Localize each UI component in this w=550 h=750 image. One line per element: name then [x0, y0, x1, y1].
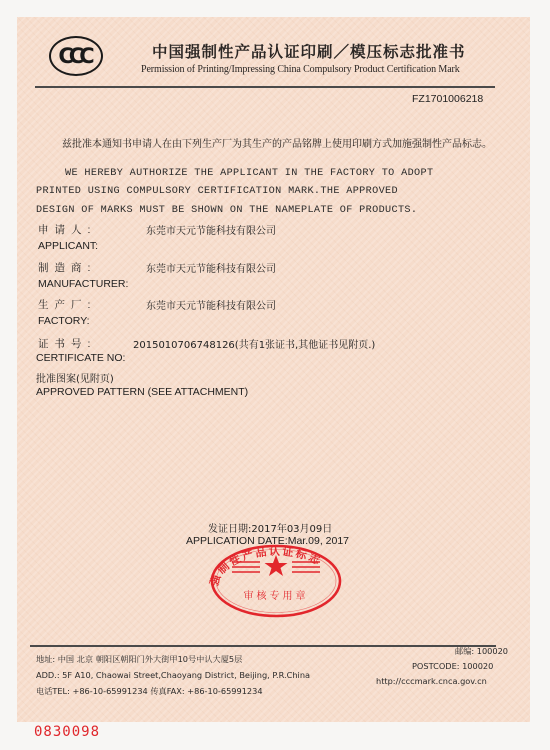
applicant-label-en: APPLICANT:	[38, 240, 98, 252]
postcode-cn: 邮编: 100020	[455, 646, 508, 657]
certificate-value: 2015010706748126(共有1张证书,其他证书见附页.)	[133, 336, 375, 351]
approved-pattern-cn: 批准图案(见附页)	[36, 370, 114, 385]
factory-value: 东莞市天元节能科技有限公司	[146, 297, 276, 312]
intro-chinese: 兹批准本通知书申请人在由下列生产厂为其生产的产品铭牌上使用印刷方式加施强制性产品…	[36, 136, 496, 154]
document-number: FZ1701006218	[412, 93, 483, 105]
factory-label-en: FACTORY:	[38, 315, 90, 327]
ccc-logo-icon: CCC	[49, 36, 103, 76]
intro-english: WE HEREBY AUTHORIZE THE APPLICANT IN THE…	[36, 165, 506, 220]
certificate-label-en: CERTIFICATE NO:	[36, 352, 125, 364]
footer-divider	[30, 645, 496, 647]
title-chinese: 中国强制性产品认证印刷／模压标志批准书	[152, 40, 466, 62]
applicant-value: 东莞市天元节能科技有限公司	[146, 222, 276, 237]
tel-fax: 电话TEL: +86-10-65991234 传真FAX: +86-10-659…	[36, 686, 263, 697]
issue-date-cn: 发证日期:2017年03月09日	[208, 520, 332, 535]
header-divider	[35, 86, 495, 88]
factory-label-cn: 生产厂:	[38, 297, 96, 312]
address-cn: 地址: 中国 北京 朝阳区朝阳门外大街甲10号中认大厦5层	[36, 654, 242, 665]
address-en: ADD.: 5F A10, Chaowai Street,Chaoyang Di…	[36, 670, 310, 680]
serial-number: 0830098	[34, 724, 100, 740]
postcode-en: POSTCODE: 100020	[412, 661, 493, 671]
certificate-label-cn: 证书号:	[38, 336, 96, 351]
approved-pattern-en: APPROVED PATTERN (SEE ATTACHMENT)	[36, 386, 248, 398]
issue-date-en: APPLICATION DATE:Mar.09, 2017	[186, 535, 349, 547]
website-link[interactable]: http://cccmark.cnca.gov.cn	[376, 676, 487, 686]
manufacturer-label-en: MANUFACTURER:	[38, 278, 128, 290]
title-english: Permission of Printing/Impressing China …	[141, 64, 460, 75]
manufacturer-value: 东莞市天元节能科技有限公司	[146, 260, 276, 275]
applicant-label-cn: 申请人:	[38, 222, 96, 237]
svg-text:审核专用章: 审核专用章	[244, 589, 309, 602]
manufacturer-label-cn: 制造商:	[38, 260, 96, 275]
official-seal-icon: 审核专用章 强制性产品认证标志	[208, 543, 344, 619]
